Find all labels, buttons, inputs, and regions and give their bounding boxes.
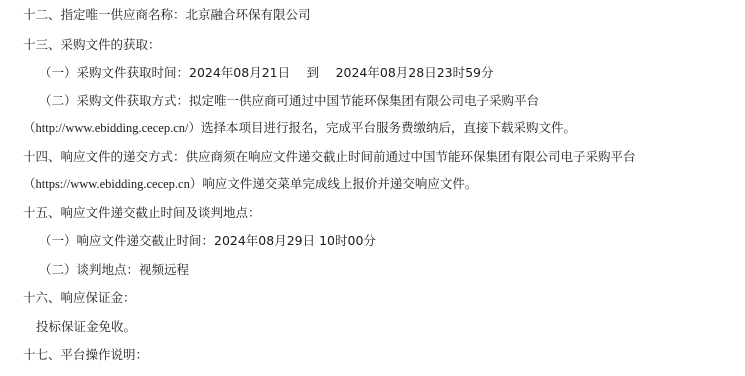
continuation-text: 响应文件递交菜单完成线上报价并递交响应文件。 xyxy=(202,176,477,191)
section-15-1-deadline: （一）响应文件递交截止时间：2024年08月29日 10时00分 xyxy=(39,233,376,249)
section-15-2-location: （二）谈判地点：视频远程 xyxy=(39,262,189,278)
section-16-1-deposit-waived: 投标保证金免收。 xyxy=(36,319,136,335)
section-12-designated-supplier: 十二、指定唯一供应商名称：北京融合环保有限公司 xyxy=(23,7,311,23)
section-13-2-acquisition-method: （二）采购文件获取方式：拟定唯一供应商可通过中国节能环保集团有限公司电子采购平台 xyxy=(39,93,539,109)
section-16-heading: 十六、响应保证金： xyxy=(23,290,136,306)
platform-url-link[interactable]: （http://www.ebidding.cecep.cn/） xyxy=(23,121,201,135)
section-17-heading: 十七、平台操作说明： xyxy=(23,347,148,363)
section-13-1-acquisition-time: （一）采购文件获取时间：2024年08月21日 到 2024年08月28日23时… xyxy=(39,65,494,81)
section-13-2-continuation: （http://www.ebidding.cecep.cn/）选择本项目进行报名… xyxy=(23,120,576,136)
platform-url-link[interactable]: （https://www.ebidding.cecep.cn） xyxy=(23,177,202,191)
continuation-text: 选择本项目进行报名，完成平台服务费缴纳后，直接下载采购文件。 xyxy=(201,120,576,135)
section-15-heading: 十五、响应文件递交截止时间及谈判地点： xyxy=(23,205,261,221)
section-13-heading: 十三、采购文件的获取： xyxy=(23,37,161,53)
section-14-continuation: （https://www.ebidding.cecep.cn）响应文件递交菜单完… xyxy=(23,176,477,192)
section-14-submission-method: 十四、响应文件的递交方式：供应商须在响应文件递交截止时间前通过中国节能环保集团有… xyxy=(23,149,636,165)
